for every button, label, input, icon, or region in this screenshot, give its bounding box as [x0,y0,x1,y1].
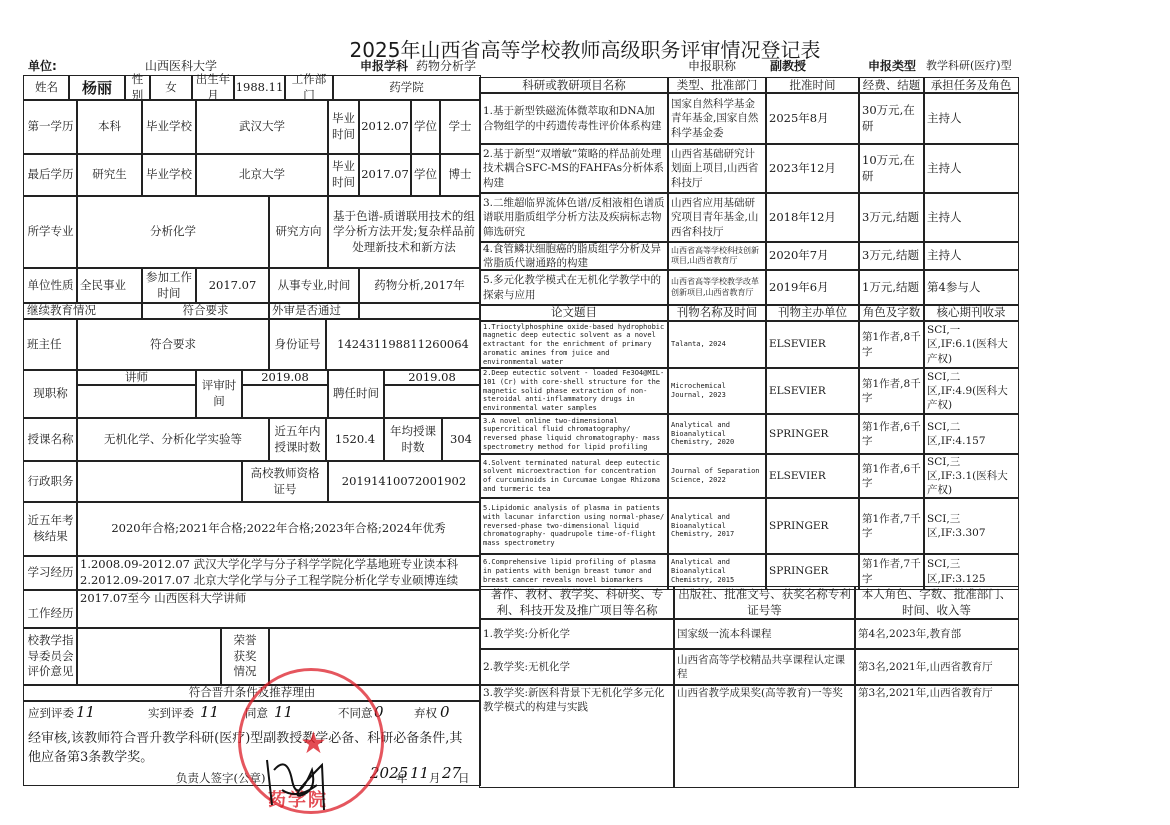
award-cell-role: 第4名,2023年,教育部 [854,618,1019,650]
abstain-value: 0 [440,703,450,721]
paper-cell-index: SCI,三区,IF:3.307 [923,497,1019,555]
project-cell-type: 山西省基础研究计划面上项目,山西省科技厅 [667,143,767,194]
project-cell-name: 3.二维超临界流体色谱/反相液相色谱质谱联用脂质组学分析方法及疾病标志物筛选研究 [479,192,669,243]
committee-label: 校教学指导委员会评价意见 [23,627,78,686]
major-value: 分析化学 [76,195,270,269]
profession-value: 药物分析,2017年 [358,267,481,304]
award-cell-source: 山西省教学成果奖(高等教育)一等奖 [673,684,856,788]
hours5-label: 近五年内授课时数 [268,417,327,462]
first-grad-label: 毕业时间 [327,99,360,155]
paper-cell-journal: Talanta, 2024 [667,320,767,369]
first-degree-value: 学士 [439,99,481,155]
subject-value: 药物分析学 [416,57,476,74]
actual-label: 实到评委 [148,705,194,721]
id-label: 身份证号 [268,318,327,371]
cur-title-blank [76,384,197,419]
signature-scribble [262,750,337,815]
paper-cell-journal: Analytical and Bioanalytical Chemistry, … [667,553,767,590]
paper-cell-role: 第1作者,7千字 [858,497,925,555]
last-school-label: 毕业学校 [141,153,197,197]
last-degree-label: 学位 [410,153,441,197]
profession-label: 从事专业,时间 [268,267,360,304]
committee-value [76,627,222,686]
last-grad-value: 2017.07 [358,153,412,197]
type-value: 教学科研(医疗)型 [926,57,1012,73]
first-edu-label: 第一学历 [23,99,78,155]
review-time-label: 评审时间 [195,369,243,419]
paper-cell-role: 第1作者,6千字 [858,413,925,455]
work-start-value: 2017.07 [195,267,270,304]
project-cell-time: 2019年6月 [765,269,860,306]
id-value: 142431198811260064 [325,318,481,371]
review-time-blank [241,384,329,419]
birth-value: 1988.11 [233,75,286,101]
project-cell-name: 4.食管鳞状细胞癌的脂质组学分析及异常脂质代谢通路的构建 [479,241,669,271]
cert-label: 高校教师资格证号 [241,460,329,503]
hours5-value: 1520.4 [325,417,385,462]
courses-label: 授课名称 [23,417,78,462]
award-header-name: 著作、教材、教学奖、科研奖、专利、科技开发及推广项目等名称 [479,586,675,620]
award-cell-name: 1.教学奖:分析化学 [479,618,675,650]
date-month-suffix: 月 [429,770,441,786]
paper-cell-role: 第1作者,6千字 [858,453,925,499]
last-degree-value: 博士 [439,153,481,197]
paper-cell-publisher: ELSEVIER [765,320,860,369]
paper-cell-journal: Analytical and Bioanalytical Chemistry, … [667,413,767,455]
award-cell-role: 第3名,2021年,山西省教育厅 [854,648,1019,686]
paper-cell-role: 第1作者,8千字 [858,320,925,369]
paper-cell-journal: Journal of Separation Science, 2022 [667,453,767,499]
first-school-label: 毕业学校 [141,99,197,155]
unit-nature-label: 单位性质 [23,267,78,304]
project-cell-fund: 3万元,结题 [858,241,925,271]
paper-cell-journal: Microchemical Journal, 2023 [667,367,767,415]
paper-cell-index: SCI,三区,IF:3.1(医科大产权) [923,453,1019,499]
award-cell-source: 山西省高等学校精品共享课程认定课程 [673,648,856,686]
work-value: 2017.07至今 山西医科大学讲师 [76,589,481,629]
name-value: 杨丽 [68,75,126,101]
admin-value [76,460,243,503]
award-cell-role: 第3名,2021年,山西省教育厅 [854,684,1019,788]
award-cell-source: 国家级一流本科课程 [673,618,856,650]
first-grad-value: 2012.07 [358,99,412,155]
paper-cell-title: 4.Solvent terminated natural deep eutect… [479,453,669,499]
project-cell-name: 1.基于新型铁磁流体微萃取和DNA加合物组学的中药遗传毒性评价体系构建 [479,92,669,145]
cert-value: 20191410072001902 [327,460,481,503]
gender-value: 女 [149,75,193,101]
birth-label: 出生年月 [191,75,235,101]
work-label: 工作经历 [23,589,78,629]
project-cell-time: 2018年12月 [765,192,860,243]
paper-cell-publisher: ELSEVIER [765,367,860,415]
dept-value: 药学院 [332,75,481,101]
paper-cell-publisher: SPRINGER [765,553,860,590]
paper-cell-title: 3.A novel online two-dimensional supercr… [479,413,669,455]
major-label: 所学专业 [23,195,78,269]
gender-label: 性别 [124,75,151,101]
last-edu-value: 研究生 [76,153,143,197]
project-cell-type: 山西省应用基础研究项目青年基金,山西省科技厅 [667,192,767,243]
last-school-value: 北京大学 [195,153,329,197]
study-item: 1.2008.09-2012.07 武汉大学化学与分子科学学院化学基地班专业读本… [80,557,458,573]
hire-time-label: 聘任时间 [327,369,385,419]
honor-label: 荣誉获奖情况 [220,627,270,686]
study-label: 学习经历 [23,555,78,591]
study-list: 1.2008.09-2012.07 武汉大学化学与分子科学学院化学基地班专业读本… [76,555,481,591]
avg-hours-value: 304 [441,417,481,462]
date-year-suffix: 年 [396,770,408,786]
project-cell-fund: 30万元,在研 [858,92,925,145]
project-cell-type: 山西省高等学校教学改革创新项目,山西省教育厅 [667,269,767,306]
avg-hours-label: 年均授课时数 [383,417,443,462]
project-cell-time: 2025年8月 [765,92,860,145]
project-cell-time: 2023年12月 [765,143,860,194]
paper-cell-index: SCI,二区,IF:4.9(医科大产权) [923,367,1019,415]
project-cell-role: 主持人 [923,192,1019,243]
study-item: 2.2012.09-2017.07 北京大学化学与分子工程学院分析化学专业硕博连… [80,573,458,589]
assess-label: 近五年考核结果 [23,501,78,557]
project-cell-fund: 3万元,结题 [858,192,925,243]
paper-cell-index: SCI,一区,IF:6.1(医科大产权) [923,320,1019,369]
position-label: 申报职称 [688,57,736,74]
date-month: 11 [410,764,429,782]
project-cell-time: 2020年7月 [765,241,860,271]
admin-label: 行政职务 [23,460,78,503]
unit-nature-value: 全民事业 [76,267,143,304]
head-teacher-value: 符合要求 [76,318,270,371]
award-header-role: 本人角色、字数、批准部门、时间、收入等 [854,586,1019,620]
paper-cell-role: 第1作者,7千字 [858,553,925,590]
last-grad-label: 毕业时间 [327,153,360,197]
head-teacher-label: 班主任 [23,318,78,371]
position-value: 副教授 [770,57,806,74]
unit-label: 单位: [28,57,57,74]
courses-value: 无机化学、分析化学实验等 [76,417,270,462]
paper-cell-title: 2.Deep eutectic solvent - loaded Fe3O4@M… [479,367,669,415]
project-cell-role: 第4参与人 [923,269,1019,306]
paper-cell-role: 第1作者,8千字 [858,367,925,415]
project-cell-role: 主持人 [923,143,1019,194]
date-day-suffix: 日 [458,770,470,786]
project-cell-type: 国家自然科学基金青年基金,国家自然科学基金委 [667,92,767,145]
name-label: 姓名 [23,75,70,101]
unit-value: 山西医科大学 [145,57,217,74]
work-start-label: 参加工作时间 [141,267,197,304]
paper-cell-index: SCI,二区,IF:4.157 [923,413,1019,455]
project-cell-type: 山西省高等学校科技创新项目,山西省教育厅 [667,241,767,271]
assess-value: 2020年合格;2021年合格;2022年合格;2023年合格;2024年优秀 [76,501,481,557]
award-header-source: 出版社、批准文号、获奖名称专利证号等 [673,586,856,620]
project-cell-fund: 1万元,结题 [858,269,925,306]
project-cell-role: 主持人 [923,92,1019,145]
actual-value: 11 [200,703,219,721]
first-degree-label: 学位 [410,99,441,155]
paper-cell-journal: Analytical and Bioanalytical Chemistry, … [667,497,767,555]
paper-cell-title: 6.Comprehensive lipid profiling of plasm… [479,553,669,590]
abstain-label: 弃权 [414,705,437,721]
award-cell-name: 3.教学奖:新医科背景下无机化学多元化教学模式的构建与实践 [479,684,675,788]
dept-label: 工作部门 [284,75,334,101]
project-cell-role: 主持人 [923,241,1019,271]
paper-cell-publisher: SPRINGER [765,497,860,555]
research-label: 研究方向 [268,195,329,269]
paper-cell-index: SCI,三区,IF:3.125 [923,553,1019,590]
project-cell-name: 2.基于新型“双增敏”策略的样品前处理技术耦合SFC-MS的FAHFAs分析体系… [479,143,669,194]
paper-cell-title: 1.Trioctylphosphine oxide-based hydropho… [479,320,669,369]
paper-cell-publisher: SPRINGER [765,413,860,455]
subject-label: 申报学科 [360,57,408,74]
paper-cell-publisher: ELSEVIER [765,453,860,499]
first-edu-value: 本科 [76,99,143,155]
type-label: 申报类型 [868,57,916,74]
first-school-value: 武汉大学 [195,99,329,155]
project-cell-name: 5.多元化教学模式在无机化学教学中的探索与应用 [479,269,669,306]
project-cell-fund: 10万元,在研 [858,143,925,194]
last-edu-label: 最后学历 [23,153,78,197]
award-cell-name: 2.教学奖:无机化学 [479,648,675,686]
paper-cell-title: 5.Lipidomic analysis of plasma in patien… [479,497,669,555]
research-value: 基于色谱-质谱联用技术的组学分析方法开发;复杂样品前处理新技术和新方法 [327,195,481,269]
should-value: 11 [76,703,95,721]
hire-time-blank [383,384,481,419]
cur-title-label: 现职称 [23,369,78,419]
should-label: 应到评委 [28,705,74,721]
